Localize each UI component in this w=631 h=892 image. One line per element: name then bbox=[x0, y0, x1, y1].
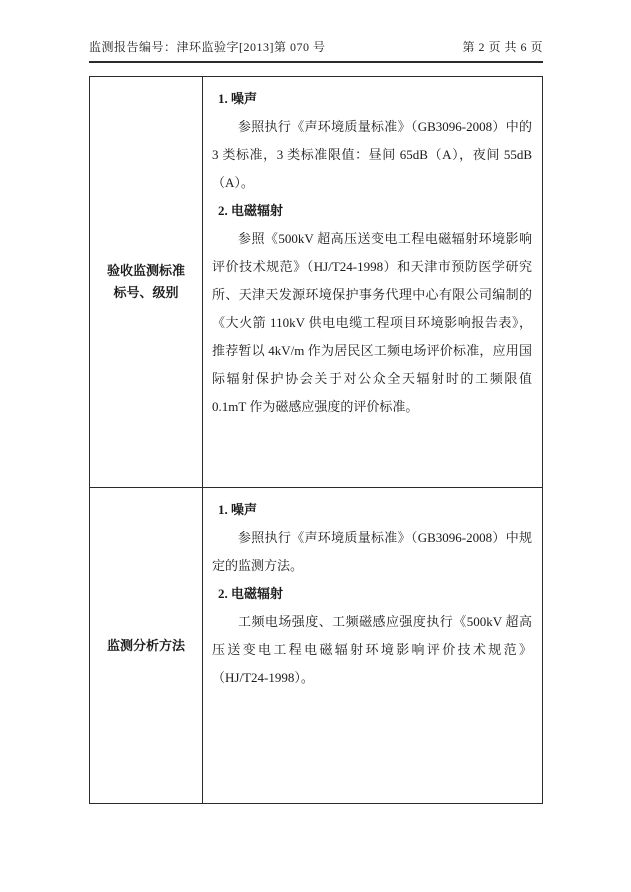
paragraph-emr-standard: 参照《500kV 超高压送变电工程电磁辐射环境影响评价技术规范》（HJ/T24-… bbox=[212, 225, 532, 421]
table-row-methods: 监测分析方法 1. 噪声 参照执行《声环境质量标准》（GB3096-2008）中… bbox=[90, 488, 543, 804]
row-label-line: 验收监测标准 bbox=[94, 260, 198, 282]
page-header: 监测报告编号：津环监验字[2013]第 070 号 第 2 页 共 6 页 bbox=[89, 38, 543, 55]
header-rule bbox=[89, 61, 543, 63]
page-indicator: 第 2 页 共 6 页 bbox=[462, 38, 543, 55]
table-body: 验收监测标准 标号、级别 1. 噪声 参照执行《声环境质量标准》（GB3096-… bbox=[90, 77, 543, 804]
row-label-cell-methods: 监测分析方法 bbox=[90, 488, 203, 804]
document-page: 监测报告编号：津环监验字[2013]第 070 号 第 2 页 共 6 页 验收… bbox=[0, 0, 631, 892]
section-heading-emr: 2. 电磁辐射 bbox=[212, 197, 532, 225]
section-heading-noise: 1. 噪声 bbox=[212, 496, 532, 524]
row-content-cell-methods: 1. 噪声 参照执行《声环境质量标准》（GB3096-2008）中规定的监测方法… bbox=[203, 488, 543, 804]
row-label-line: 标号、级别 bbox=[94, 282, 198, 304]
row-content-cell-standards: 1. 噪声 参照执行《声环境质量标准》（GB3096-2008）中的 3 类标准… bbox=[203, 77, 543, 488]
paragraph-noise-method: 参照执行《声环境质量标准》（GB3096-2008）中规定的监测方法。 bbox=[212, 524, 532, 580]
row-label-cell-standards: 验收监测标准 标号、级别 bbox=[90, 77, 203, 488]
row-label-line: 监测分析方法 bbox=[94, 635, 198, 657]
report-number: 监测报告编号：津环监验字[2013]第 070 号 bbox=[89, 38, 326, 55]
monitoring-standards-table: 验收监测标准 标号、级别 1. 噪声 参照执行《声环境质量标准》（GB3096-… bbox=[89, 76, 543, 804]
section-heading-emr: 2. 电磁辐射 bbox=[212, 580, 532, 608]
table-row-standards: 验收监测标准 标号、级别 1. 噪声 参照执行《声环境质量标准》（GB3096-… bbox=[90, 77, 543, 488]
paragraph-emr-method: 工频电场强度、工频磁感应强度执行《500kV 超高压送变电工程电磁辐射环境影响评… bbox=[212, 608, 532, 692]
section-heading-noise: 1. 噪声 bbox=[212, 85, 532, 113]
paragraph-noise-standard: 参照执行《声环境质量标准》（GB3096-2008）中的 3 类标准，3 类标准… bbox=[212, 113, 532, 197]
